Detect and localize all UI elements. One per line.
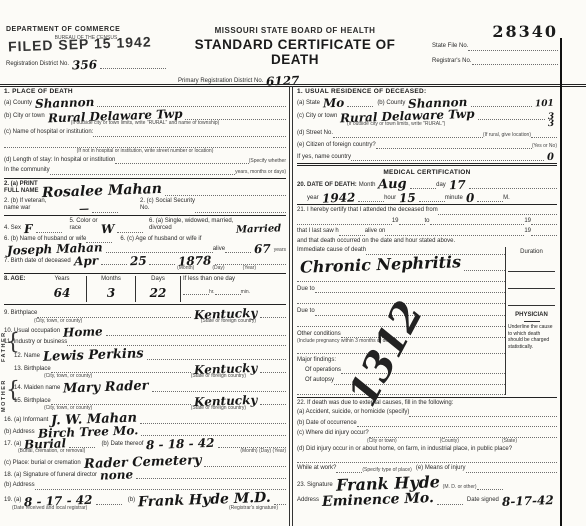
veteran-value: — (76, 204, 92, 215)
certificate-title: STANDARD CERTIFICATE OF DEATH (170, 37, 420, 67)
physician-title: PHYSICIAN (508, 312, 555, 320)
age-days-label: Days (138, 276, 178, 284)
birthdate-label: 7. Birth date of deceased (4, 258, 71, 266)
dod-month-label: Month (359, 182, 376, 190)
street-no-hint: (If rural, give location) (483, 132, 531, 138)
color-race-label-2: race (70, 225, 98, 233)
nineteen-1: 19 (392, 218, 399, 226)
md-or-other-hint: (M. D. or other) (443, 484, 477, 490)
father-bp-hint-1: (City, town, or county) (44, 373, 92, 379)
community-hint: years, months or days) (235, 169, 286, 175)
certificate-number: 28340 (432, 22, 558, 41)
spouse-age-label: 6. (c) Age of husband or wife if (120, 236, 201, 244)
nineteen-2: 19 (524, 218, 531, 226)
birthdate-month-value: Apr (71, 254, 101, 267)
county-label: (a) County (4, 100, 32, 108)
header-title-block: MISSOURI STATE BOARD OF HEALTH STANDARD … (170, 26, 420, 85)
physician-address-value: Eminence Mo. (319, 490, 437, 508)
dod-month-value: Aug (375, 177, 410, 191)
physician-note: Underline the cause to which death shoul… (508, 324, 555, 350)
date-of-death-label: 20. DATE OF DEATH: (297, 182, 357, 190)
registration-district-value: 356 (69, 58, 100, 71)
board-name: MISSOURI STATE BOARD OF HEALTH (170, 26, 420, 36)
physician-signature-label: 23. Signature (297, 482, 333, 490)
occurrence-label: (b) Date of occurrence (297, 420, 357, 428)
color-race-label-1: 5. Color or (70, 218, 98, 226)
dod-hour-value: 15 (396, 192, 419, 205)
certify-label: 21. I hereby certify that I attended the… (297, 207, 438, 215)
state-file-label: State File No. (432, 43, 468, 51)
dod-minute-value: 0 (463, 192, 478, 204)
dod-day-label: day (436, 182, 446, 190)
medical-certification-title: MEDICAL CERTIFICATION (297, 169, 557, 176)
date-signed-value: 8-17-42 (499, 493, 557, 507)
father-birthplace-value: Kentucky (190, 362, 260, 376)
registrar-no-label: Registrar's No. (432, 58, 472, 66)
dod-m-label: M. (503, 195, 510, 203)
spouse-age-value: 67 (251, 243, 274, 256)
registrar-sig-value: Frank Hyde M.D. (135, 490, 274, 509)
hospital-hint: (If not in hospital or institution, writ… (4, 148, 286, 154)
where-injury-label: (c) Where did injury occur? (297, 430, 369, 438)
age-days-value: 22 (147, 286, 170, 300)
did-injury-label: (d) Did injury occur in or about home, o… (297, 446, 557, 454)
burial-date-value: 8 - 18 - 42 (143, 437, 218, 452)
last-saw-label: that I last saw h (297, 228, 339, 236)
age-years-value: 64 (51, 286, 74, 300)
burial-date-label: (b) Date thereof (101, 441, 143, 449)
city-town-label: (b) City or town (4, 113, 45, 121)
immediate-cause-value: Chronic Nephritis (297, 254, 465, 276)
external-causes-label: 22. If death was due to external causes,… (297, 400, 557, 408)
print-name-label-1: 2. (a) PRINT (4, 181, 39, 189)
marital-label-1: 6. (a) Single, widowed, married, (149, 218, 233, 226)
header-numbers: 28340 State File No. Registrar's No. (432, 22, 558, 65)
hospital-label: (c) Name of hospital or institution: (4, 129, 93, 137)
residence-code-1: 101 (532, 100, 557, 110)
spouse-age-label-2: alive (213, 246, 225, 254)
residence-county-label: (b) County (377, 100, 405, 108)
sex-label: 4. Sex (4, 225, 21, 233)
marital-label-2: divorced (149, 225, 233, 233)
ssn-label-1: 2. (c) Social Security (140, 198, 195, 206)
means-of-injury-label: (e) Means of injury (416, 465, 466, 473)
dod-day-value: 17 (446, 179, 469, 192)
major-findings-label: Major findings: (297, 357, 336, 365)
usual-residence-title: 1. USUAL RESIDENCE OF DECEASED: (297, 88, 557, 95)
birthdate-year-value: 1878 (175, 254, 215, 267)
registrar-date-label: 19. (a) (4, 497, 21, 505)
column-divider-2 (292, 86, 293, 526)
occupation-value: Home (60, 325, 106, 339)
citizen-label: (e) Citizen of foreign country? (297, 142, 376, 150)
where-hint-state: (State) (502, 438, 517, 444)
burial-label: 17. (a) (4, 441, 21, 449)
burial-place-label: (c) Place: burial or cremation (4, 460, 81, 468)
residence-city-label: (c) City or town (297, 113, 337, 121)
where-hint-city: (City or town) (367, 438, 397, 444)
citizen-hint: (Yes or No) (532, 143, 557, 149)
dod-year-label: year (307, 195, 319, 203)
funeral-director-value: none (97, 468, 136, 481)
father-birthplace-label: 13. Birthplace (14, 366, 51, 374)
of-operations-label: Of operations (305, 367, 341, 375)
funeral-director-label: 18. (a) Signature of funeral director (4, 472, 97, 480)
registrar-date-value: 8 - 17 - 42 (21, 493, 96, 508)
header-rule (0, 84, 586, 87)
immediate-cause-label: Immediate cause of death (297, 247, 366, 255)
while-at-work-label: While at work? (297, 465, 336, 473)
length-of-stay-label: (d) Length of stay: In hospital or insti… (4, 157, 115, 165)
place-type-hint: (Specify type of place) (362, 467, 411, 473)
burial-value: Burial (21, 437, 69, 451)
page-edge-line (560, 38, 562, 526)
dod-hour-label: hour (384, 195, 396, 203)
alive-on-label: alive on (365, 228, 386, 236)
physician-address-label: Address (297, 497, 319, 505)
residence-code-3: 3 (545, 120, 558, 129)
spouse-age-years-hint: years (274, 247, 286, 253)
street-no-label: (d) Street No. (297, 130, 333, 138)
residence-state-value: Mo (320, 97, 348, 110)
birthdate-day-value: 25 (127, 255, 150, 268)
ssn-label-2: No. (140, 205, 195, 213)
birthplace-label: 9. Birthplace (4, 310, 37, 318)
death-occurred-label: and that death occurred on the date and … (297, 238, 557, 246)
age-min-label: min. (241, 289, 250, 295)
mother-maiden-name-value: Mary Rader (60, 379, 152, 395)
other-conditions-label: Other conditions (297, 331, 341, 339)
veteran-label-2: name war (4, 205, 76, 213)
deceased-name-value: Rosalee Mahan (38, 181, 164, 199)
marital-value: Married (233, 224, 285, 236)
left-column: 1. PLACE OF DEATH (a) County Shannon (b)… (4, 88, 286, 511)
column-divider (289, 86, 290, 526)
registration-district-label: Registration District No. (6, 61, 69, 69)
duration-physician-column: Duration PHYSICIAN Underline the cause t… (505, 247, 557, 395)
due-to-label-2: Due to (297, 308, 315, 316)
informant-label: 16. (a) Informant (4, 417, 48, 425)
burial-date-hint: (Month) (Day) (Year) (240, 448, 286, 454)
where-hint-county: (County) (440, 438, 459, 444)
name-country-label: If yes, name country (297, 154, 351, 162)
color-race-value: W (97, 222, 117, 235)
age-label: 8. AGE: (4, 276, 38, 302)
dod-year-value: 1942 (318, 191, 358, 204)
birthplace-hint-1: (City, town, or county) (34, 318, 82, 324)
county-value: Shannon (32, 96, 98, 110)
community-label: In the community (4, 167, 50, 175)
accident-label: (a) Accident, suicide, or homicide (spec… (297, 409, 409, 417)
father-brace: { (6, 330, 20, 355)
age-months-value: 3 (104, 286, 118, 300)
place-of-death-title: 1. PLACE OF DEATH (4, 88, 286, 95)
mother-bp-hint-1: (City, town, or county) (44, 405, 92, 411)
age-less-than-day-label: If less than one day (183, 276, 284, 284)
of-autopsy-label: Of autopsy (305, 377, 334, 385)
age-years-label: Years (40, 276, 84, 284)
print-name-label-2: FULL NAME (4, 188, 39, 196)
mother-maiden-name-label: 14. Maiden name (14, 385, 60, 393)
residence-code-4: 0 (544, 153, 557, 163)
stay-hint: (Specify whether (249, 158, 286, 164)
mother-birthplace-value: Kentucky (190, 394, 260, 408)
funeral-director-address-label: (b) Address (4, 482, 35, 490)
right-column: 1. USUAL RESIDENCE OF DECEASED: (a) Stat… (297, 88, 557, 505)
birthplace-value: Kentucky (190, 306, 260, 320)
age-months-label: Months (89, 276, 133, 284)
date-signed-label: Date signed (467, 497, 499, 505)
birthdate-year-hint: (Year) (243, 265, 256, 271)
mother-brace: { (6, 378, 20, 403)
duration-label: Duration (508, 249, 555, 257)
nineteen-3: 19 (524, 228, 531, 236)
due-to-label: Due to (297, 286, 315, 294)
dod-minute-label: minute (445, 195, 463, 203)
death-certificate-document: DEPARTMENT OF COMMERCE BUREAU OF THE CEN… (0, 0, 586, 526)
father-name-value: Lewis Perkins (40, 347, 147, 364)
residence-state-label: (a) State (297, 100, 320, 108)
sex-value: F (21, 222, 36, 234)
informant-address-label: (b) Address (4, 429, 35, 437)
